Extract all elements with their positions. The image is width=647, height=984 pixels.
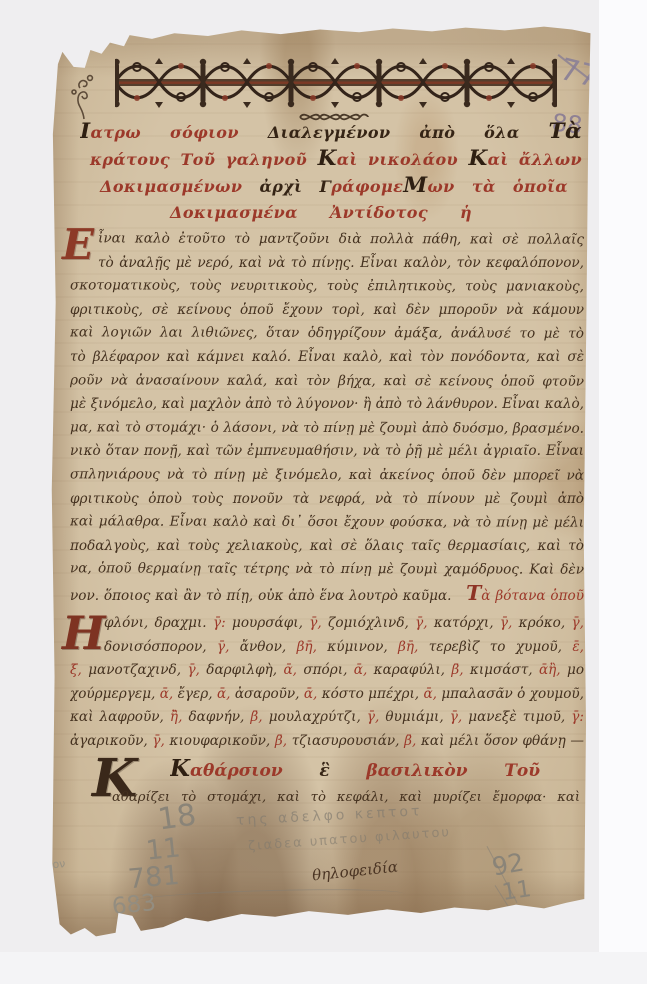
recipe-body-text: ἶναι καλὸ ἐτοῦτο τὸ μαντζοῦνι διὰ πολλὰ … <box>70 228 584 606</box>
text-segment: ἔγερ, <box>178 686 217 702</box>
text-segment: ἓ <box>319 761 366 781</box>
text-segment: νικὸ ὅταν πονῇ, καὶ τῶν ἐμπνευμαθήσιν, ν… <box>70 443 584 464</box>
manuscript-line: χούρμεργεμ, ᾱ, ἔγερ, ᾱ, ἀσαροῦν, ᾱ, κόστ… <box>70 683 584 707</box>
text-segment: ζομιόχλινδ, <box>328 615 415 631</box>
manuscript-line: τὸ βλέφαρον καὶ κάμνει καλό. Εἶναι καλὸ,… <box>70 346 584 370</box>
text-segment: Δοκιμασμένων <box>100 177 260 196</box>
manuscript-line: κράτους Τοῦ γαληνοῦ Καὶ νικολάου Καὶ ἄλλ… <box>80 145 582 172</box>
text-segment: κιμσάστ, <box>470 662 539 678</box>
text-segment: χούρμεργεμ, <box>70 686 160 702</box>
pencil-margin-note: διον <box>42 857 66 872</box>
text-segment: μανεξὲ τιμοῦ, <box>468 709 571 725</box>
text-segment: βη̄, <box>398 639 429 655</box>
text-segment: νον. ὅποιος καὶ ἂν τὸ πίῃ, οὐκ ἀπὸ ἕνα λ… <box>70 588 466 604</box>
scanner-background-bottom <box>0 952 647 984</box>
text-segment: γ̄: <box>213 615 232 631</box>
text-segment: καὶ μέλι ὅσον φθάνῃ — <box>421 733 584 749</box>
interlace-band-ornament <box>115 58 557 108</box>
text-segment: δονισόσπορον, <box>104 639 217 655</box>
text-segment: γ̄, <box>309 615 328 631</box>
text-segment: μο <box>567 662 584 678</box>
text-segment: φριτικοὺς ὁποὺ τοὺς πονοῦν τὰ νεφρά, νὰ … <box>70 491 584 512</box>
text-segment: βη̄, <box>297 639 328 655</box>
manuscript-line: καὶ λογιῶν λαι λιθιῶνες, ὅταν ὁδηγρίζουν… <box>70 322 584 347</box>
text-segment: Τοῦ γαληνοῦ <box>180 150 317 169</box>
text-segment: ἀρχὶ <box>260 177 320 196</box>
text-segment: τερεβὶζ το χυμοῦ, <box>429 639 573 655</box>
manuscript-line: Δοκιμασμένα Ἀντίδοτος ἡ σωτήριος — <box>80 199 582 226</box>
text-segment: σπόρι, <box>303 662 353 678</box>
text-segment: ἢ̄, <box>170 709 189 725</box>
manuscript-line: ἶναι καλὸ ἐτοῦτο τὸ μαντζοῦνι διὰ πολλὰ … <box>70 227 584 252</box>
text-segment: θυμιάμι, <box>385 709 449 725</box>
text-segment: Διαλεγμένον <box>268 123 420 142</box>
text-segment: γ̄: <box>571 709 584 725</box>
text-segment: β̄, <box>250 709 268 725</box>
manuscript-line: νικὸ ὅταν πονῇ, καὶ τῶν ἐμπνευμαθήσιν, ν… <box>70 440 584 464</box>
text-segment: κατόρχι, <box>434 615 500 631</box>
manuscript-line: ποδαλγοὺς, καὶ τοὺς χελιακοὺς, καὶ σὲ ὅλ… <box>70 535 584 559</box>
text-segment: β̄, <box>275 733 292 749</box>
text-segment: μουλαχρύτζι, <box>269 709 367 725</box>
text-segment: κρόκο, <box>519 615 572 631</box>
text-segment: κόστο μπέχρι, <box>322 686 424 702</box>
manuscript-line: καὶ μάλαθρα. Εἶναι καλὸ καὶ δι᾽ ὅσοι ἔχο… <box>70 510 584 535</box>
manuscript-line: ροῦν νὰ ἀνασαίνουν καλά, καὶ τὸν βήχα, κ… <box>70 369 584 394</box>
text-segment: ἀσαροῦν, <box>235 686 304 702</box>
ingredient-list-text: φλόνι, δραχμι. γ̄: μουρσάφι, γ̄, ζομιόχλ… <box>70 612 584 754</box>
text-segment: δαρφιλφὴ, <box>206 662 283 678</box>
manuscript-line: φριτικοὺς, σὲ κείνους ὁποῦ ἔχουν τορὶ, κ… <box>70 299 584 323</box>
text-segment: ε̄, <box>572 639 584 655</box>
text-segment: ᾱ, <box>217 686 235 702</box>
text-segment: Τὰ <box>549 119 583 144</box>
text-segment: ᾱ, <box>423 686 441 702</box>
manuscript-line: Δοκιμασμένων ἀρχὶ ΓράφομεΜων τὰ ὁποῖα δι… <box>80 172 582 199</box>
scanner-background-right <box>599 0 647 984</box>
manuscript-line: Καθάρσιον ἓ βασιλικὸν Τοῦ μικολάου <box>170 756 540 782</box>
text-segment: ἶναι καλὸ ἐτοῦτο τὸ μαντζοῦνι διὰ πολλὰ … <box>98 230 584 252</box>
text-segment: γ̄, <box>217 639 240 655</box>
text-segment: γ̄, <box>450 709 469 725</box>
text-segment: Μ <box>403 173 427 198</box>
text-segment: γ̄, <box>415 615 434 631</box>
scanned-manuscript-screenshot: { "document": { "type_label": "greek-med… <box>0 0 647 984</box>
text-segment: ποδαλγοὺς, καὶ τοὺς χελιακοὺς, καὶ σὲ ὅλ… <box>70 538 584 559</box>
text-segment: ράφομε <box>331 177 403 196</box>
text-segment: ᾱ, <box>304 686 322 702</box>
text-segment: β̄, <box>404 733 421 749</box>
manuscript-line: φριτικοὺς ὁποὺ τοὺς πονοῦν τὰ νεφρά, νὰ … <box>70 488 584 512</box>
manuscript-line: καὶ λαφροῦν, ἢ̄, δαφνήν, β̄, μουλαχρύτζι… <box>70 706 584 730</box>
text-segment: σκοτοματικοὺς, τοὺς νευριτικοὺς, τοὺς ἐπ… <box>70 278 584 300</box>
text-segment: ξ̄, <box>70 662 88 678</box>
text-segment: καὶ λαφροῦν, <box>70 709 170 725</box>
text-segment: αθάρσιον <box>190 761 319 781</box>
text-segment: φριτικοὺς, σὲ κείνους ὁποῦ ἔχουν τορὶ, κ… <box>70 302 584 323</box>
text-segment: ροῦν νὰ ἀνασαίνουν καλά, καὶ τὸν βήχα, κ… <box>70 372 584 394</box>
text-segment: να, ὁποῦ θερμαίνῃ ταῖς τέτρης νὰ τὸ πίνῃ… <box>70 561 584 583</box>
purgative-heading: Καθάρσιον ἓ βασιλικὸν Τοῦ μικολάου <box>170 756 540 782</box>
floral-curl-ornament <box>68 74 100 120</box>
manuscript-line: μὲ ξινόμελο, καὶ μαχλὸν ἀπὸ τὸ λύγονον· … <box>70 393 584 417</box>
text-segment: τζιασυρουσιάν, <box>292 733 404 749</box>
text-segment: αὶ νικολάου <box>337 150 469 169</box>
manuscript-line: δονισόσπορον, γ̄, ἄνθον, βη̄, κύμινον, β… <box>70 636 584 660</box>
manuscript-line: σκοτοματικοὺς, τοὺς νευριτικοὺς, τοὺς ἐπ… <box>70 275 584 300</box>
manuscript-line: τὸ ἀναλῇς μὲ νερό, καὶ νὰ τὸ πίνῃς. Εἶνα… <box>70 252 584 276</box>
text-segment: γ̄, <box>367 709 386 725</box>
text-segment: καραφύλι, <box>374 662 452 678</box>
text-segment: ἀγαρικοῦν, <box>70 733 152 749</box>
text-segment: μανοτζαχινδ, <box>88 662 187 678</box>
text-segment: Γ <box>320 177 332 196</box>
text-segment: τὸ ἀναλῇς μὲ νερό, καὶ νὰ τὸ πίνῃς. Εἶνα… <box>98 255 584 276</box>
text-segment: μουρσάφι, <box>232 615 309 631</box>
text-segment: σπληνιάρους νὰ τὸ πίνῃ μὲ ξινόμελο, καὶ … <box>70 466 584 488</box>
manuscript-page: 77 88 Ιατρω σόφιον Διαλεγμένον ἀπὸ ὅλα Τ… <box>40 22 600 957</box>
manuscript-line: Ιατρω σόφιον Διαλεγμένον ἀπὸ ὅλα Τὰ ἰατρ… <box>80 118 582 145</box>
text-segment: Τ <box>466 582 481 605</box>
pencil-number: 15 <box>496 902 529 932</box>
text-segment: μὲ ξινόμελο, καὶ μαχλὸν ἀπὸ τὸ λύγονον· … <box>70 396 584 417</box>
text-segment: Κ <box>170 756 190 782</box>
pencil-number: 683 <box>111 890 157 920</box>
text-segment: γ̄, <box>152 733 169 749</box>
text-segment: Κ <box>318 146 337 171</box>
text-segment: Δοκιμασμένα <box>170 203 330 222</box>
text-segment: γ̄, <box>187 662 206 678</box>
manuscript-line: να, ὁποῦ θερμαίνῃ ταῖς τέτρης νὰ τὸ πίνῃ… <box>70 558 584 583</box>
manuscript-line: νον. ὅποιος καὶ ἂν τὸ πίῃ, οὐκ ἀπὸ ἕνα λ… <box>70 582 584 606</box>
text-segment: δαφνήν, <box>188 709 250 725</box>
text-segment: βασιλικὸν <box>366 761 504 781</box>
text-segment: ᾱ, <box>283 662 303 678</box>
text-segment: ἀπὸ ὅλα <box>419 123 548 142</box>
text-segment: ατρω σόφιον <box>91 123 268 142</box>
text-segment: κύμινον, <box>327 639 398 655</box>
text-segment: Ι <box>80 119 91 144</box>
text-segment: ᾱἢ, <box>539 662 567 678</box>
text-segment: τὸ βλέφαρον καὶ κάμνει καλό. Εἶναι καλὸ,… <box>70 349 584 370</box>
text-segment: γ̄, <box>572 615 585 631</box>
text-segment: καὶ λογιῶν λαι λιθιῶνες, ὅταν ὁδηγρίζουν… <box>70 325 584 347</box>
text-segment: κιουφαρικοῦν, <box>170 733 275 749</box>
manuscript-line: φλόνι, δραχμι. γ̄: μουρσάφι, γ̄, ζομιόχλ… <box>70 612 584 636</box>
text-segment: ᾱ, <box>354 662 374 678</box>
manuscript-line: μα, καὶ τὸ στομάχι· ὁ λάσονι, νὰ τὸ πίνῃ… <box>70 416 584 441</box>
manuscript-line: σπληνιάρους νὰ τὸ πίνῃ μὲ ξινόμελο, καὶ … <box>70 463 584 488</box>
text-segment: β̄, <box>451 662 470 678</box>
manuscript-line: ἀγαρικοῦν, γ̄, κιουφαρικοῦν, β̄, τζιασυρ… <box>70 730 584 754</box>
text-segment: φλόνι, δραχμι. <box>104 615 213 631</box>
folio-number-crossed: 77 <box>556 52 602 95</box>
title-block: Ιατρω σόφιον Διαλεγμένον ἀπὸ ὅλα Τὰ ἰατρ… <box>80 118 582 226</box>
ink-scribble: θηλοφειδία <box>311 858 398 885</box>
text-segment: κράτους <box>90 150 180 169</box>
text-segment: γ̄, <box>500 615 519 631</box>
text-segment: μπαλασᾶν ὁ χουμοῦ, <box>441 686 584 702</box>
text-segment: ἄνθον, <box>240 639 297 655</box>
text-segment: μα, καὶ τὸ στομάχι· ὁ λάσονι, νὰ τὸ πίνῃ… <box>70 419 584 441</box>
text-segment: αὶ ἄλλων <box>488 150 582 169</box>
text-segment: καὶ μάλαθρα. Εἶναι καλὸ καὶ δι᾽ ὅσοι ἔχο… <box>70 513 584 535</box>
text-segment: ᾱ, <box>160 686 178 702</box>
text-segment: Κ <box>468 146 487 171</box>
pencil-faint-words: ζιαδεα υπατου φιλαυτου <box>248 825 452 854</box>
manuscript-line: ξ̄, μανοτζαχινδ, γ̄, δαρφιλφὴ, ᾱ, σπόρι,… <box>70 659 584 683</box>
